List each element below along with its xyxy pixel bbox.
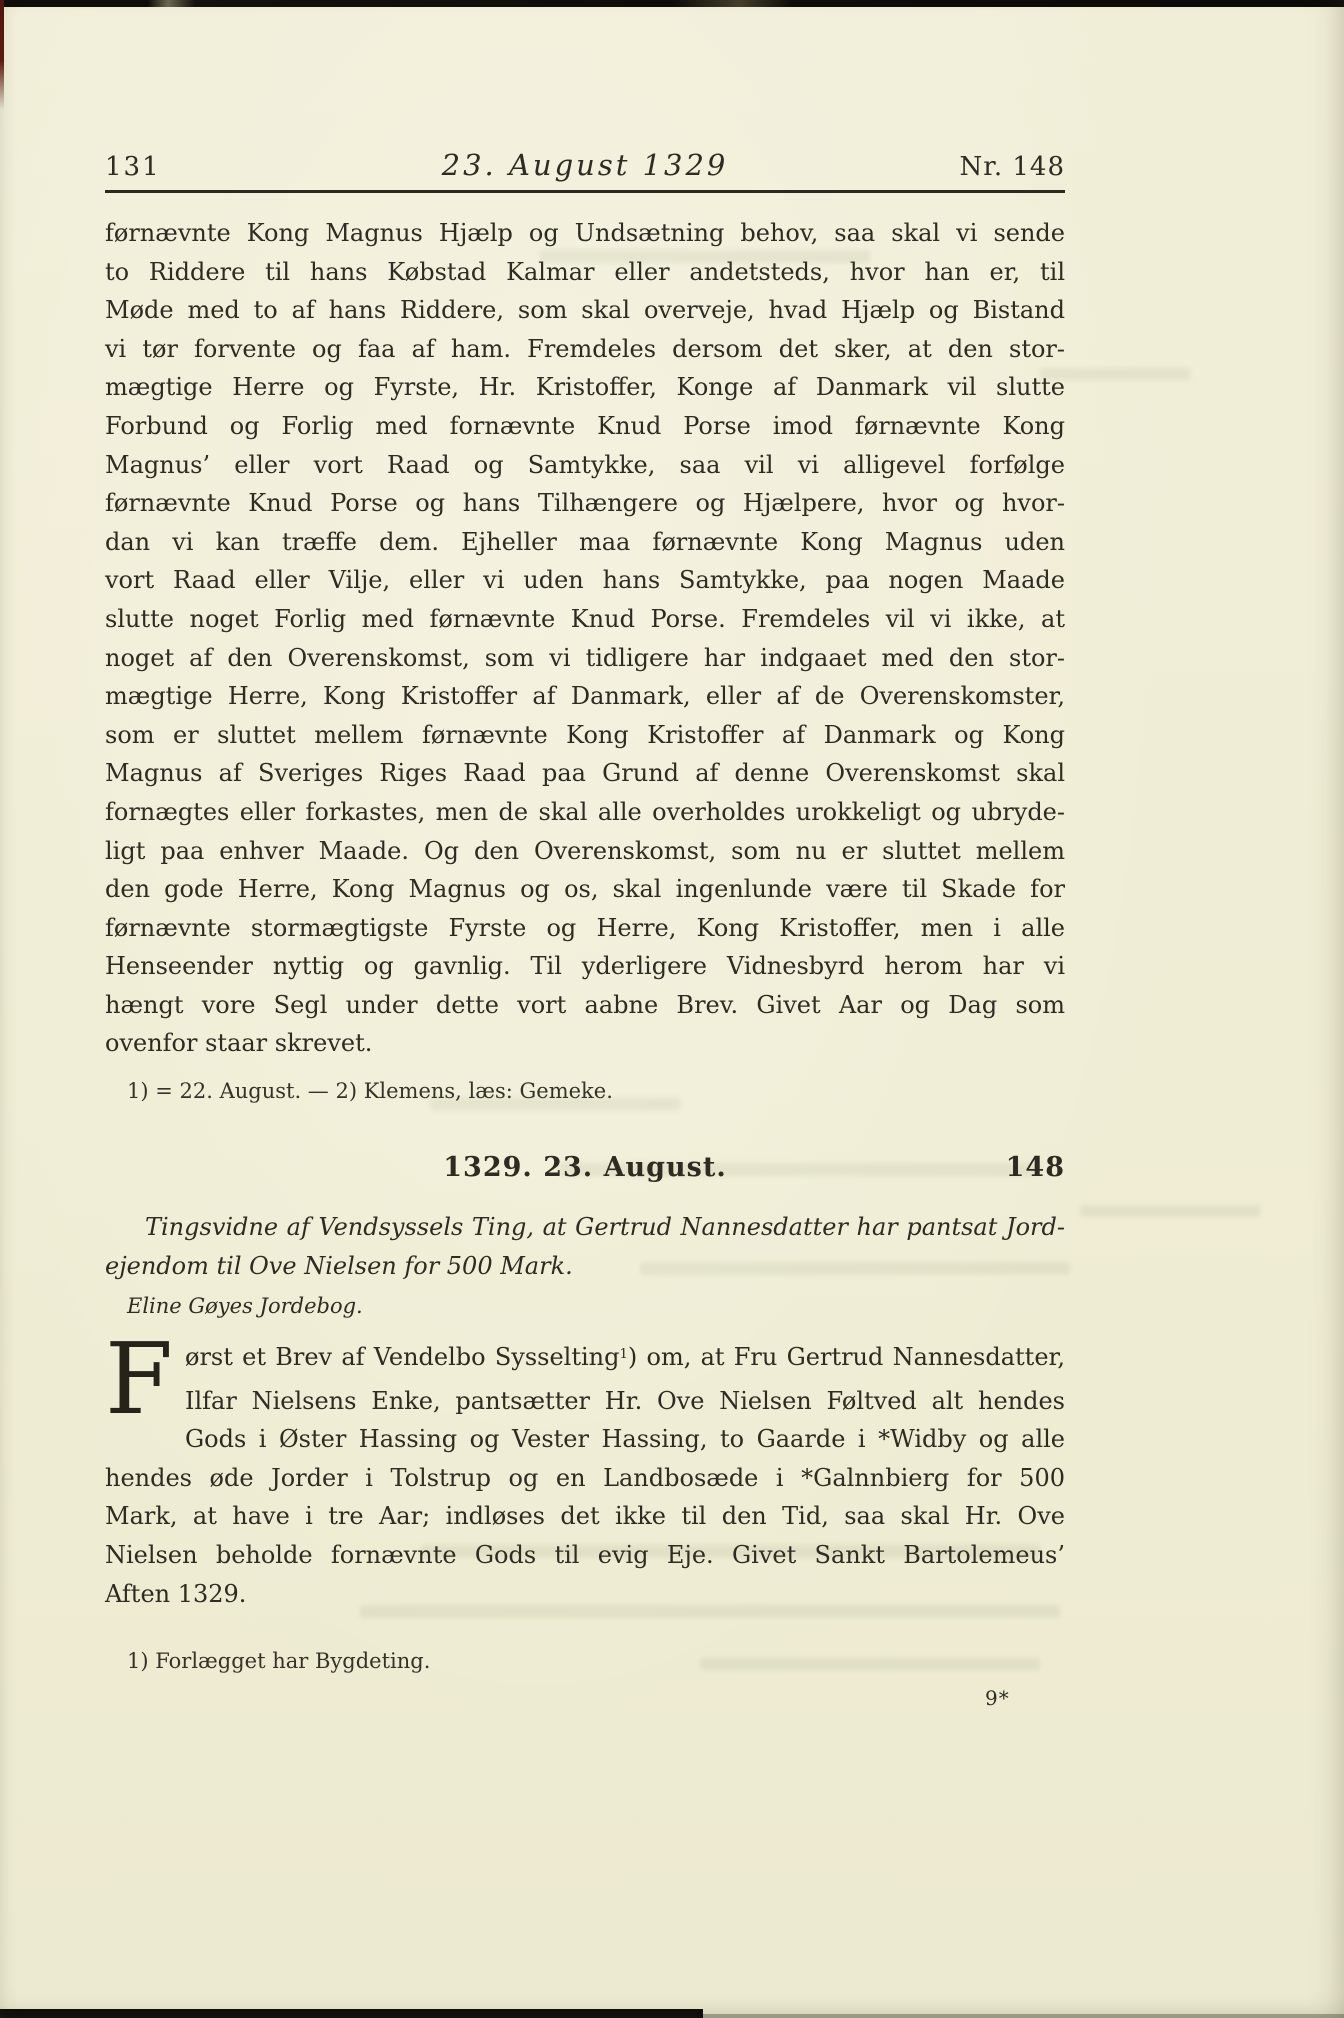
- text-line: førnævnte Kong Magnus Hjælp og Undsætnin…: [105, 214, 1065, 253]
- scan-edge-bottom-right: [703, 2014, 1344, 2018]
- entry-148-body: F ørst et Brev af Vendelbo Sysselting1) …: [105, 1338, 1065, 1613]
- text-line: hendes øde Jorder i Tolstrup og en Landb…: [105, 1459, 1065, 1498]
- text-line: Forbund og Forlig med fornævnte Knud Por…: [105, 407, 1065, 446]
- footnote-reference: 1: [620, 1347, 628, 1362]
- scan-edge-left-red: [0, 0, 4, 110]
- page-number: 131: [105, 152, 161, 182]
- summary-line: Tingsvidne af Vendsyssels Ting, at Gertr…: [105, 1208, 1065, 1247]
- text-line: Magnus af Sveriges Riges Raad paa Grund …: [105, 754, 1065, 793]
- text-line: mægtige Herre og Fyrste, Hr. Kristoffer,…: [105, 368, 1065, 407]
- text-line: førnævnte Knud Porse og hans Tilhængere …: [105, 484, 1065, 523]
- text-line: dan vi kan træffe dem. Ejheller maa førn…: [105, 523, 1065, 562]
- text-line: ligt paa enhver Maade. Og den Overenskom…: [105, 832, 1065, 871]
- header-rule: [105, 190, 1065, 193]
- entry-148-date: 1329. 23. August.: [443, 1152, 726, 1183]
- running-title: 23. August 1329: [442, 148, 729, 182]
- text-line: hængt vore Segl under dette vort aabne B…: [105, 986, 1065, 1025]
- text-line: Henseender nyttig og gavnlig. Til yderli…: [105, 947, 1065, 986]
- text-line: den gode Herre, Kong Magnus og os, skal …: [105, 870, 1065, 909]
- drop-cap: F: [105, 1342, 173, 1422]
- text-line: som er sluttet mellem førnævnte Kong Kri…: [105, 716, 1065, 755]
- footnote-entry-147: 1) = 22. August. — 2) Klemens, læs: Geme…: [127, 1079, 613, 1103]
- bleed-through-artifact: [1080, 1205, 1260, 1217]
- scan-edge-top: [0, 0, 1344, 7]
- scanned-book-page: 131 23. August 1329 Nr. 148 førnævnte Ko…: [0, 0, 1344, 2018]
- text-segment: ) om, at Fru Gertrud Nannesdatter,: [628, 1343, 1065, 1371]
- text-segment: ørst et Brev af Vendelbo Sysselting: [185, 1343, 620, 1371]
- text-line: vi tør forvente og faa af ham. Fremdeles…: [105, 330, 1065, 369]
- text-line: Nielsen beholde fornævnte Gods til evig …: [105, 1536, 1065, 1575]
- text-line: fornægtes eller forkastes, men de skal a…: [105, 793, 1065, 832]
- entry-148-heading: 1329. 23. August. 148: [105, 1152, 1065, 1183]
- running-head: 131 23. August 1329 Nr. 148: [105, 146, 1065, 182]
- text-line: Magnus’ eller vort Raad og Samtykke, saa…: [105, 446, 1065, 485]
- summary-line: ejendom til Ove Nielsen for 500 Mark.: [105, 1247, 1065, 1286]
- document-number-label: Nr. 148: [960, 152, 1065, 182]
- scan-edge-bottom: [0, 2009, 703, 2018]
- text-line: Møde med to af hans Riddere, som skal ov…: [105, 291, 1065, 330]
- bleed-through-artifact: [700, 1658, 1040, 1670]
- text-line: førnævnte stormægtigste Fyrste og Herre,…: [105, 909, 1065, 948]
- text-line: ørst et Brev af Vendelbo Sysselting1) om…: [105, 1338, 1065, 1382]
- text-line: slutte noget Forlig med førnævnte Knud P…: [105, 600, 1065, 639]
- text-line: Ilfar Nielsens Enke, pantsætter Hr. Ove …: [105, 1382, 1065, 1421]
- entry-148-summary: Tingsvidne af Vendsyssels Ting, at Gertr…: [105, 1208, 1065, 1286]
- text-line: vort Raad eller Vilje, eller vi uden han…: [105, 561, 1065, 600]
- text-line: mægtige Herre, Kong Kristoffer af Danmar…: [105, 677, 1065, 716]
- text-line: Aften 1329.: [105, 1575, 1065, 1614]
- text-line: noget af den Overenskomst, som vi tidlig…: [105, 639, 1065, 678]
- entry-148-number: 148: [1006, 1152, 1065, 1183]
- previous-entry-continuation: førnævnte Kong Magnus Hjælp og Undsætnin…: [105, 214, 1065, 1063]
- text-line: ovenfor staar skrevet.: [105, 1024, 1065, 1063]
- text-line: Mark, at have i tre Aar; indløses det ik…: [105, 1497, 1065, 1536]
- footnote-entry-148: 1) Forlægget har Bygdeting.: [127, 1649, 430, 1673]
- text-line: to Riddere til hans Købstad Kalmar eller…: [105, 253, 1065, 292]
- entry-148-body-lines: Ilfar Nielsens Enke, pantsætter Hr. Ove …: [105, 1382, 1065, 1614]
- signature-mark: 9*: [985, 1686, 1010, 1710]
- text-line: Gods i Øster Hassing og Vester Hassing, …: [105, 1420, 1065, 1459]
- entry-148-source: Eline Gøyes Jordebog.: [127, 1294, 363, 1318]
